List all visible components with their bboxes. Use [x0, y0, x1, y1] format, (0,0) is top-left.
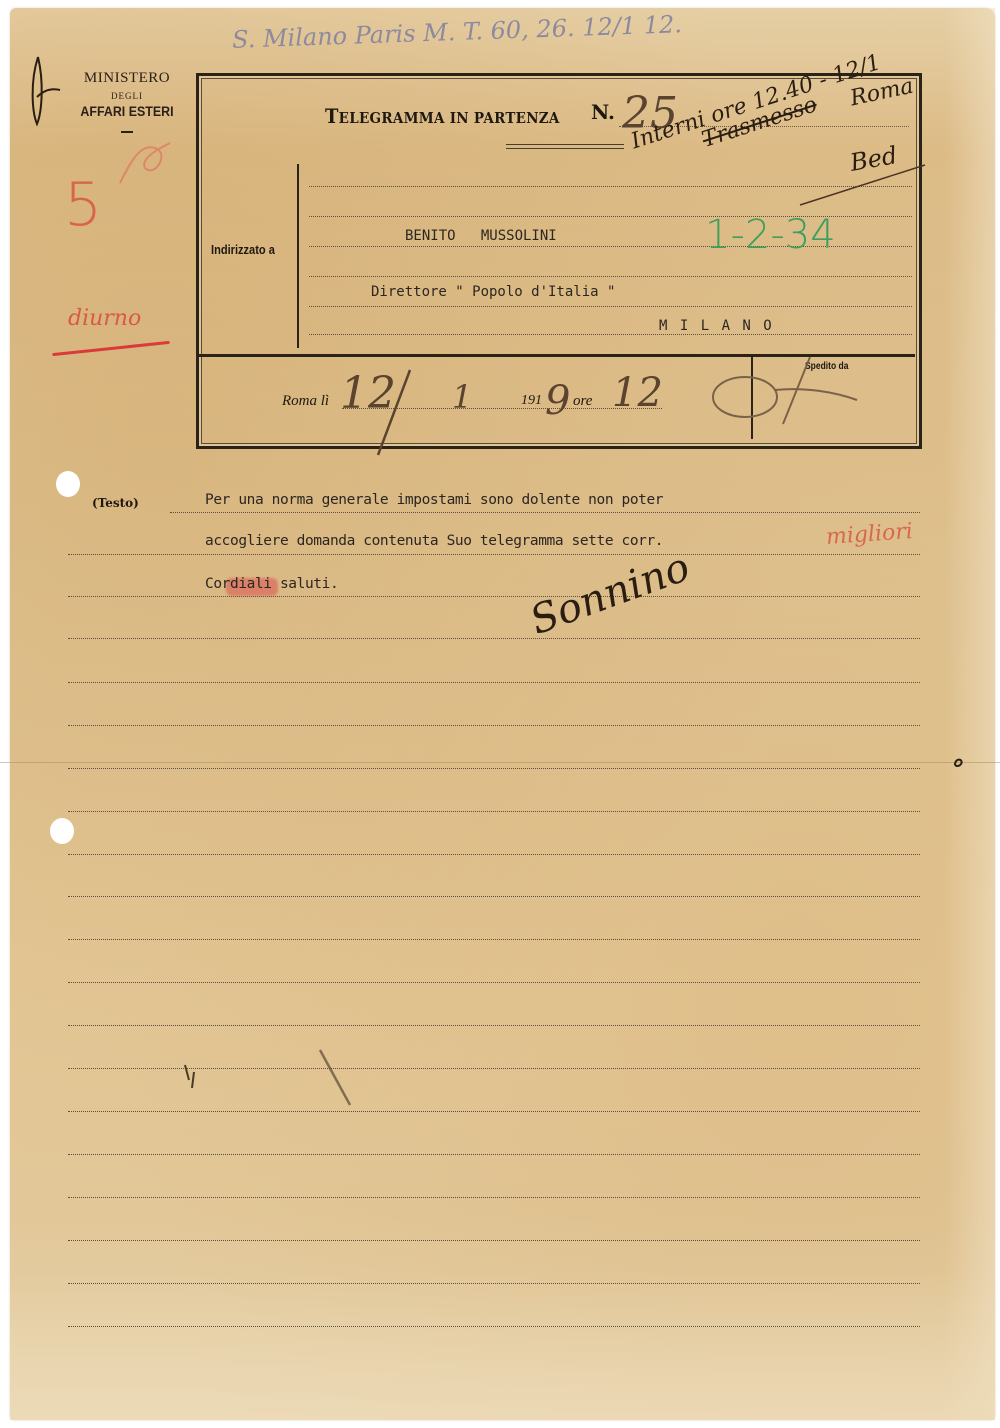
message-rule: [68, 596, 920, 597]
date-slash-icon: [370, 365, 420, 460]
message-rule: [68, 1197, 920, 1198]
form-title-underline: [506, 144, 624, 149]
message-rule: [68, 725, 920, 726]
red-scribble-icon: [115, 138, 175, 188]
letterhead-dash: [121, 131, 133, 133]
letterhead-line-3: AFFARI ESTERI: [67, 104, 187, 119]
message-rule: [68, 811, 920, 812]
red-annotation-number: 5: [64, 170, 102, 240]
letterhead-line-1: MINISTERO: [62, 70, 192, 87]
message-rule: [170, 512, 920, 513]
message-rule: [68, 896, 920, 897]
message-line-1: Per una norma generale impostami sono do…: [205, 492, 663, 508]
message-rule: [68, 939, 920, 940]
ministry-letterhead: MINISTERO DEGLI AFFARI ESTERI: [62, 70, 192, 133]
place-label: Roma lì: [282, 393, 329, 410]
green-annotation-number: 1-2-34: [705, 212, 836, 258]
pen-stroke-icon: [780, 160, 930, 210]
sender-initials-icon: [705, 352, 865, 432]
margin-mark-icon: [952, 755, 966, 769]
red-annotation-word: diurno: [68, 306, 141, 331]
recipient-city: M I L A N O: [659, 318, 774, 334]
form-number-label: N.: [591, 100, 615, 124]
paper-fold-line: [0, 762, 1000, 763]
date-month-value: 1: [452, 378, 472, 416]
message-rule: [68, 1283, 920, 1284]
year-suffix-value: 9: [545, 378, 570, 424]
message-rule: [68, 638, 920, 639]
message-rule: [68, 1025, 920, 1026]
form-title: TELEGRAMMA IN PARTENZA: [325, 104, 560, 128]
year-prefix: 191: [521, 393, 542, 409]
punch-hole-top: [56, 471, 80, 497]
hour-value: 12: [612, 370, 663, 416]
message-rule: [68, 854, 920, 855]
stray-ink-mark-icon: [180, 1060, 380, 1120]
recipient-name: BENITO MUSSOLINI: [405, 228, 557, 244]
punch-hole-bottom: [50, 818, 74, 844]
paper-bottom-fade: [10, 1270, 995, 1420]
message-rule: [68, 1326, 920, 1327]
message-rule: [68, 554, 920, 555]
hour-label: ore: [573, 393, 592, 410]
letterhead-line-2: DEGLI: [62, 91, 192, 101]
address-label: Indirizzato a: [211, 242, 275, 257]
message-rule: [68, 1240, 920, 1241]
address-rule: [309, 306, 912, 307]
address-brace: [297, 164, 305, 348]
message-rule: [68, 768, 920, 769]
message-rule: [68, 1154, 920, 1155]
message-line-3: Cordiali saluti.: [205, 576, 338, 592]
address-rule: [309, 276, 912, 277]
message-rule: [68, 982, 920, 983]
paper-edge-shade: [945, 8, 995, 1420]
address-rule: [309, 334, 912, 335]
message-rule: [68, 682, 920, 683]
recipient-title: Direttore " Popolo d'Italia ": [371, 284, 615, 300]
message-line-2: accogliere domanda contenuta Suo telegra…: [205, 533, 663, 549]
text-label: (Testo): [92, 496, 139, 510]
